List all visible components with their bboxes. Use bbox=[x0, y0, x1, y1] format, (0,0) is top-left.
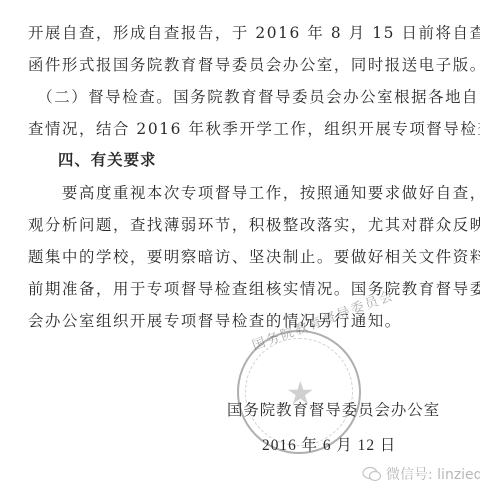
paragraph-line: 函件形式报国务院教育督导委员会办公室，同时报送电子版。 bbox=[28, 55, 480, 75]
paragraph-line: 题集中的学校，要明察暗访、坚决制止。要做好相关文件资料的 bbox=[28, 247, 480, 267]
paragraph-line: （二）督导检查。国务院教育督导委员会办公室根据各地自 bbox=[28, 87, 479, 107]
wechat-icon bbox=[362, 466, 382, 482]
section-heading: 四、有关要求 bbox=[58, 150, 156, 170]
paragraph-line: 要高度重视本次专项督导工作，按照通知要求做好自查，客 bbox=[28, 183, 480, 203]
paragraph-line: 观分析问题，查找薄弱环节，积极整改落实，尤其对群众反映问 bbox=[28, 215, 480, 235]
paragraph-line: 查情况，结合 2016 年秋季开学工作，组织开展专项督导检查。 bbox=[28, 119, 480, 139]
signature-org: 国务院教育督导委员会办公室 bbox=[227, 398, 440, 420]
watermark-text: 微信号: linziedu bbox=[386, 464, 480, 484]
paragraph-line: 开展自查，形成自查报告，于 2016 年 8 月 15 日前将自查报告以 bbox=[28, 23, 480, 43]
paragraph-line: 前期准备，用于专项督导检查组核实情况。国务院教育督导委员 bbox=[28, 279, 480, 299]
signature-date: 2016 年 6 月 12 日 bbox=[262, 433, 396, 455]
